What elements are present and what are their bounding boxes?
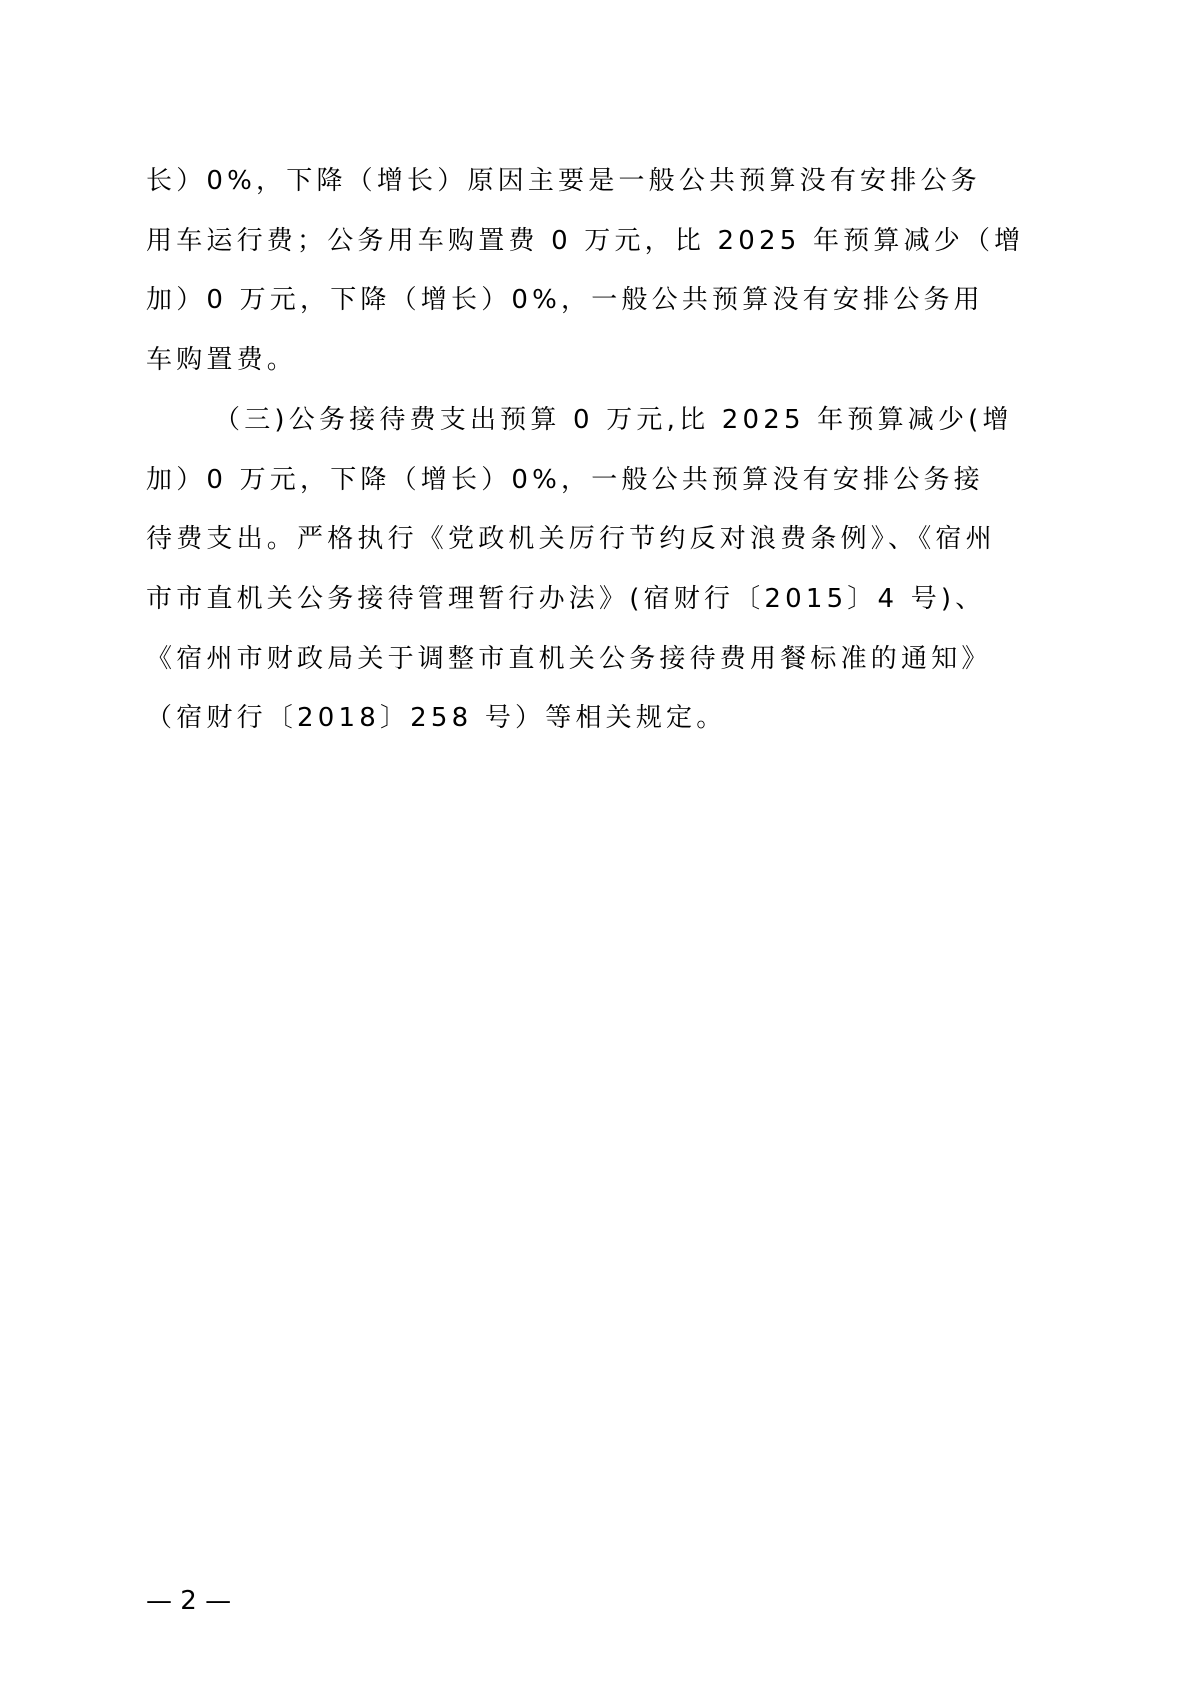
page-number: — 2 — xyxy=(146,1586,231,1616)
text-line: （宿财行〔2018〕258 号）等相关规定。 xyxy=(146,703,726,733)
document-page: 长）0%，下降（增长）原因主要是一般公共预算没有安排公务 用车运行费；公务用车购… xyxy=(0,0,1190,1683)
text-line: 用车运行费；公务用车购置费 0 万元，比 2025 年预算减少（增 xyxy=(146,226,1024,256)
text-line: 加）0 万元，下降（增长）0%，一般公共预算没有安排公务用 xyxy=(146,285,984,315)
text-line: 车购置费。 xyxy=(146,345,297,375)
text-line: 市市直机关公务接待管理暂行办法》(宿财行〔2015〕4 号)、 xyxy=(146,584,985,614)
text-line: 加）0 万元，下降（增长）0%，一般公共预算没有安排公务接 xyxy=(146,465,984,495)
text-line: 《宿州市财政局关于调整市直机关公务接待费用餐标准的通知》 xyxy=(146,644,992,674)
section-heading-line: （三)公务接待费支出预算 0 万元,比 2025 年预算减少(增 xyxy=(214,405,1013,435)
text-line: 长）0%，下降（增长）原因主要是一般公共预算没有安排公务 xyxy=(146,166,981,196)
text-line: 待费支出。严格执行《党政机关厉行节约反对浪费条例》、《宿州 xyxy=(146,524,996,554)
